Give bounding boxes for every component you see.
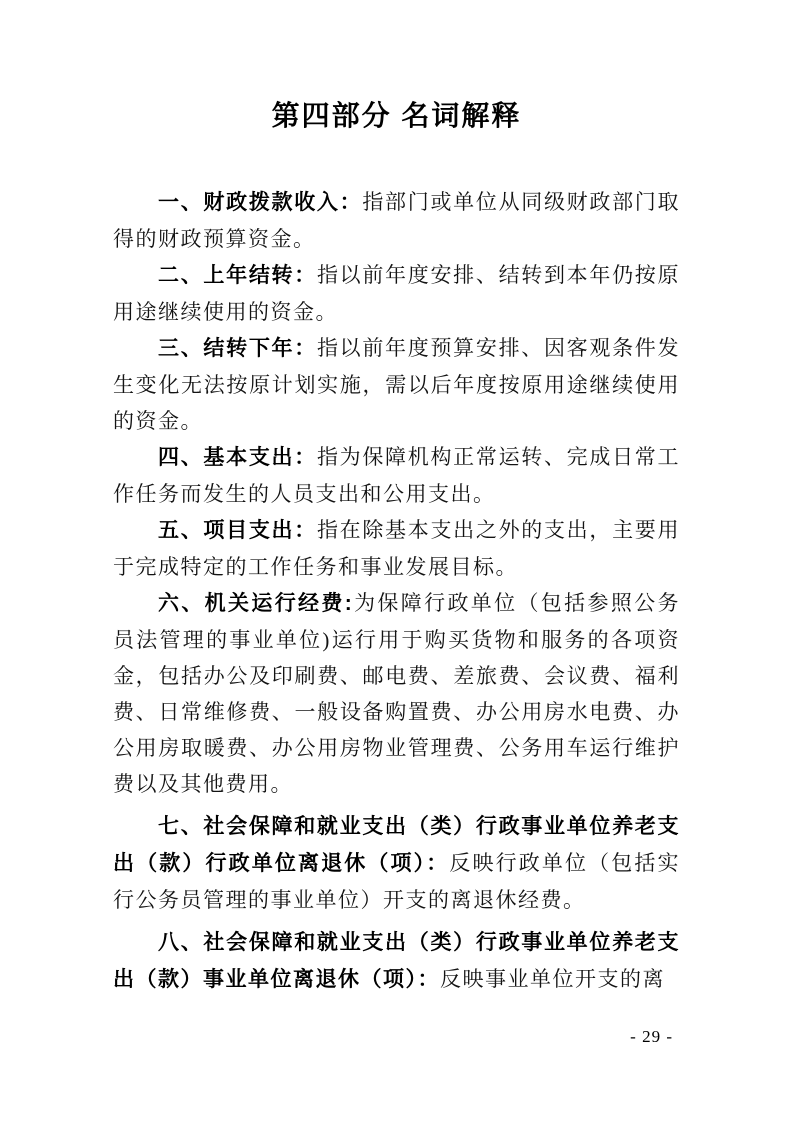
definition-text: 为保障行政单位（包括参照公务员法管理的事业单位)运行用于购买货物和服务的各项资金…: [113, 591, 680, 796]
definition-paragraph: 一、财政拨款收入：指部门或单位从同级财政部门取得的财政预算资金。: [113, 184, 680, 257]
document-content: 第四部分 名词解释 一、财政拨款收入：指部门或单位从同级财政部门取得的财政预算资…: [113, 0, 680, 998]
term-label: 一、财政拨款收入：: [158, 191, 362, 214]
definition-paragraph: 二、上年结转：指以前年度安排、结转到本年仍按原用途继续使用的资金。: [113, 257, 680, 330]
term-label: 六、机关运行经费:: [158, 592, 353, 615]
page-title: 第四部分 名词解释: [113, 100, 680, 132]
definitions-section: 一、财政拨款收入：指部门或单位从同级财政部门取得的财政预算资金。 二、上年结转：…: [113, 184, 680, 998]
definition-paragraph: 八、社会保障和就业支出（类）行政事业单位养老支出（款）事业单位离退休（项）：反映…: [113, 924, 680, 998]
definition-paragraph: 三、结转下年：指以前年度预算安排、因客观条件发生变化无法按原计划实施，需以后年度…: [113, 330, 680, 439]
term-label: 五、项目支出：: [158, 519, 317, 542]
term-label: 三、结转下年：: [158, 337, 317, 360]
definition-paragraph: 五、项目支出：指在除基本支出之外的支出，主要用于完成特定的工作任务和事业发展目标…: [113, 512, 680, 585]
term-label: 二、上年结转：: [158, 264, 317, 287]
definition-paragraph: 七、社会保障和就业支出（类）行政事业单位养老支出（款）行政单位离退休（项）：反映…: [113, 808, 680, 918]
definition-text: 反映事业单位开支的离: [440, 967, 665, 991]
document-page: 第四部分 名词解释 一、财政拨款收入：指部门或单位从同级财政部门取得的财政预算资…: [0, 0, 793, 1122]
page-number: - 29 -: [630, 1027, 673, 1047]
term-label: 四、基本支出：: [158, 446, 317, 469]
definition-paragraph: 四、基本支出：指为保障机构正常运转、完成日常工作任务而发生的人员支出和公用支出。: [113, 439, 680, 512]
definition-paragraph: 六、机关运行经费:为保障行政单位（包括参照公务员法管理的事业单位)运行用于购买货…: [113, 585, 680, 802]
